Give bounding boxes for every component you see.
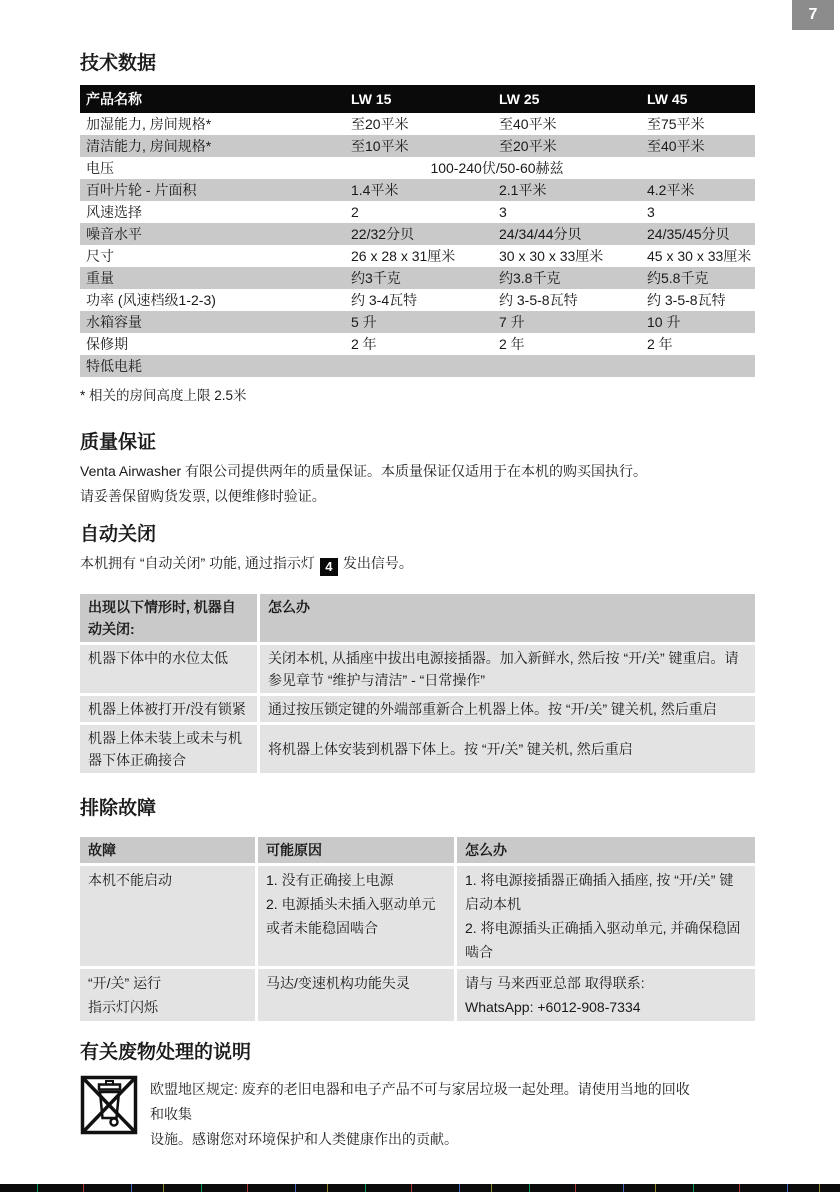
cell-lw15: 5 升 <box>345 311 493 333</box>
cell-lw25: 7 升 <box>493 311 641 333</box>
action-cell: 将机器上体安装到机器下体上。按 “开/关” 键关机, 然后重启 <box>260 725 755 773</box>
table-row-low-power: 特低电耗 <box>80 355 755 377</box>
table-row: 水箱容量 5 升 7 升 10 升 <box>80 311 755 333</box>
cell-lw25: 约3.8千克 <box>493 267 641 289</box>
row-label: 保修期 <box>80 333 345 355</box>
row-label: 重量 <box>80 267 345 289</box>
tech-header-lw25: LW 25 <box>493 85 641 113</box>
auto-off-section: 自动关闭 本机拥有 “自动关闭” 功能, 通过指示灯4发出信号。 出现以下情形时… <box>80 523 755 773</box>
tech-table-body: 加湿能力, 房间规格* 至20平米 至40平米 至75平米 清洁能力, 房间规格… <box>80 113 755 377</box>
cell-lw45: 3 <box>641 201 755 223</box>
action-cell: 1. 将电源接插器正确插入插座, 按 “开/关” 键启动本机 2. 将电源插头正… <box>457 866 755 966</box>
cell-lw15: 26 x 28 x 31厘米 <box>345 245 493 267</box>
tech-data-table: 产品名称 LW 15 LW 25 LW 45 加湿能力, 房间规格* 至20平米… <box>80 85 755 377</box>
fault-cell: 本机不能启动 <box>80 866 255 966</box>
warranty-line-1: Venta Airwasher 有限公司提供两年的质量保证。本质量保证仅适用于在… <box>80 459 755 484</box>
cell-lw45: 至75平米 <box>641 113 755 135</box>
cell-voltage-span: 100-240伏/50-60赫兹 <box>345 157 755 179</box>
cell-lw45: 约5.8千克 <box>641 267 755 289</box>
table-row: 加湿能力, 房间规格* 至20平米 至40平米 至75平米 <box>80 113 755 135</box>
weee-crossed-bin-icon <box>80 1073 138 1135</box>
tech-data-title: 技术数据 <box>80 52 755 76</box>
cell-lw45: 2 年 <box>641 333 755 355</box>
cell-lw45: 4.2平米 <box>641 179 755 201</box>
cell-lw45: 24/35/45分贝 <box>641 223 755 245</box>
table-row: 尺寸 26 x 28 x 31厘米 30 x 30 x 33厘米 45 x 30… <box>80 245 755 267</box>
cell-lw15: 至20平米 <box>345 113 493 135</box>
cell-lw25: 30 x 30 x 33厘米 <box>493 245 641 267</box>
tech-table-header-row: 产品名称 LW 15 LW 25 LW 45 <box>80 85 755 113</box>
page-number-badge: 7 <box>792 0 834 30</box>
condition-cell: 机器上体被打开/没有锁紧 <box>80 696 257 722</box>
row-label: 风速选择 <box>80 201 345 223</box>
action-cell: 关闭本机, 从插座中拔出电源接插器。加入新鲜水, 然后按 “开/关” 键重启。请… <box>260 645 755 693</box>
tech-header-product: 产品名称 <box>80 85 345 113</box>
disposal-text: 欧盟地区规定: 废弃的老旧电器和电子产品不可与家居垃圾一起处理。请使用当地的回收… <box>150 1073 690 1152</box>
troubleshooting-section: 排除故障 故障 可能原因 怎么办 本机不能启动 1. 没有正确接上电源 2. 电… <box>80 797 755 1021</box>
ts-header-action: 怎么办 <box>457 837 755 863</box>
cell-lw25: 3 <box>493 201 641 223</box>
tech-header-lw15: LW 15 <box>345 85 493 113</box>
page-content: 技术数据 产品名称 LW 15 LW 25 LW 45 加湿能力, 房间规格* … <box>0 0 840 1152</box>
disposal-body: 欧盟地区规定: 废弃的老旧电器和电子产品不可与家居垃圾一起处理。请使用当地的回收… <box>80 1073 755 1152</box>
cell-lw45: 约 3-5-8瓦特 <box>641 289 755 311</box>
disposal-title: 有关废物处理的说明 <box>80 1041 755 1065</box>
cause-cell: 1. 没有正确接上电源 2. 电源插头未插入驱动单元或者未能稳固啮合 <box>258 866 454 966</box>
table-row: 百叶片轮 - 片面积 1.4平米 2.1平米 4.2平米 <box>80 179 755 201</box>
disposal-line-3: 设施。感谢您对环境保护和人类健康作出的贡献。 <box>150 1127 690 1152</box>
row-label: 电压 <box>80 157 345 179</box>
condition-cell: 机器上体未装上或未与机器下体正确接合 <box>80 725 257 773</box>
auto-off-title: 自动关闭 <box>80 523 755 547</box>
cell-lw15: 2 年 <box>345 333 493 355</box>
auto-off-header-action: 怎么办 <box>260 594 755 642</box>
cell-lw25: 2.1平米 <box>493 179 641 201</box>
table-footnote: * 相关的房间高度上限 2.5米 <box>80 387 755 405</box>
row-label: 百叶片轮 - 片面积 <box>80 179 345 201</box>
cell-lw45: 45 x 30 x 33厘米 <box>641 245 755 267</box>
cell-lw15: 约3千克 <box>345 267 493 289</box>
table-row: 清洁能力, 房间规格* 至10平米 至20平米 至40平米 <box>80 135 755 157</box>
table-row: 风速选择 2 3 3 <box>80 201 755 223</box>
tech-header-lw45: LW 45 <box>641 85 755 113</box>
cell-lw25: 约 3-5-8瓦特 <box>493 289 641 311</box>
cell-lw45: 10 升 <box>641 311 755 333</box>
cell-lw25: 至20平米 <box>493 135 641 157</box>
disposal-line-1: 欧盟地区规定: 废弃的老旧电器和电子产品不可与家居垃圾一起处理。请使用当地的回收 <box>150 1077 690 1102</box>
cause-cell: 马达/变速机构功能失灵 <box>258 969 454 1021</box>
row-label: 功率 (风速档级1-2-3) <box>80 289 345 311</box>
table-row-voltage: 电压 100-240伏/50-60赫兹 <box>80 157 755 179</box>
table-row: 保修期 2 年 2 年 2 年 <box>80 333 755 355</box>
table-row: 重量 约3千克 约3.8千克 约5.8千克 <box>80 267 755 289</box>
row-label: 特低电耗 <box>80 355 755 377</box>
auto-off-header-condition: 出现以下情形时, 机器自动关闭: <box>80 594 257 642</box>
cell-lw25: 24/34/44分贝 <box>493 223 641 245</box>
cell-lw25: 至40平米 <box>493 113 641 135</box>
cell-lw15: 至10平米 <box>345 135 493 157</box>
action-cell: 请与 马来西亚总部 取得联系: WhatsApp: +6012-908-7334 <box>457 969 755 1021</box>
scan-edge-bar <box>0 1184 840 1192</box>
condition-cell: 机器下体中的水位太低 <box>80 645 257 693</box>
fault-cell: “开/关” 运行 指示灯闪烁 <box>80 969 255 1021</box>
cell-lw45: 至40平米 <box>641 135 755 157</box>
ts-header-fault: 故障 <box>80 837 255 863</box>
cell-lw25: 2 年 <box>493 333 641 355</box>
row-label: 水箱容量 <box>80 311 345 333</box>
cell-lw15: 1.4平米 <box>345 179 493 201</box>
cell-lw15: 约 3-4瓦特 <box>345 289 493 311</box>
disposal-section: 有关废物处理的说明 欧盟地区规定: 废弃的老旧电器和电子产品不可与家居垃圾一起处… <box>80 1041 755 1152</box>
table-row: 噪音水平 22/32分贝 24/34/44分贝 24/35/45分贝 <box>80 223 755 245</box>
auto-off-text-after: 发出信号。 <box>343 555 413 571</box>
action-cell: 通过按压锁定键的外端部重新合上机器上体。按 “开/关” 键关机, 然后重启 <box>260 696 755 722</box>
auto-off-text: 本机拥有 “自动关闭” 功能, 通过指示灯4发出信号。 <box>80 551 755 576</box>
auto-off-table: 出现以下情形时, 机器自动关闭: 怎么办 机器下体中的水位太低 关闭本机, 从插… <box>80 594 755 773</box>
warranty-line-2: 请妥善保留购货发票, 以便维修时验证。 <box>80 484 755 509</box>
disposal-line-2: 和收集 <box>150 1102 690 1127</box>
troubleshooting-table: 故障 可能原因 怎么办 本机不能启动 1. 没有正确接上电源 2. 电源插头未插… <box>80 837 755 1021</box>
auto-off-text-before: 本机拥有 “自动关闭” 功能, 通过指示灯 <box>80 555 315 571</box>
warranty-section: 质量保证 Venta Airwasher 有限公司提供两年的质量保证。本质量保证… <box>80 431 755 509</box>
troubleshooting-title: 排除故障 <box>80 797 755 821</box>
row-label: 清洁能力, 房间规格* <box>80 135 345 157</box>
warranty-title: 质量保证 <box>80 431 755 455</box>
cell-lw15: 22/32分贝 <box>345 223 493 245</box>
table-row: 功率 (风速档级1-2-3) 约 3-4瓦特 约 3-5-8瓦特 约 3-5-8… <box>80 289 755 311</box>
row-label: 加湿能力, 房间规格* <box>80 113 345 135</box>
ts-header-cause: 可能原因 <box>258 837 454 863</box>
row-label: 噪音水平 <box>80 223 345 245</box>
row-label: 尺寸 <box>80 245 345 267</box>
cell-lw15: 2 <box>345 201 493 223</box>
indicator-4-badge: 4 <box>320 558 338 576</box>
